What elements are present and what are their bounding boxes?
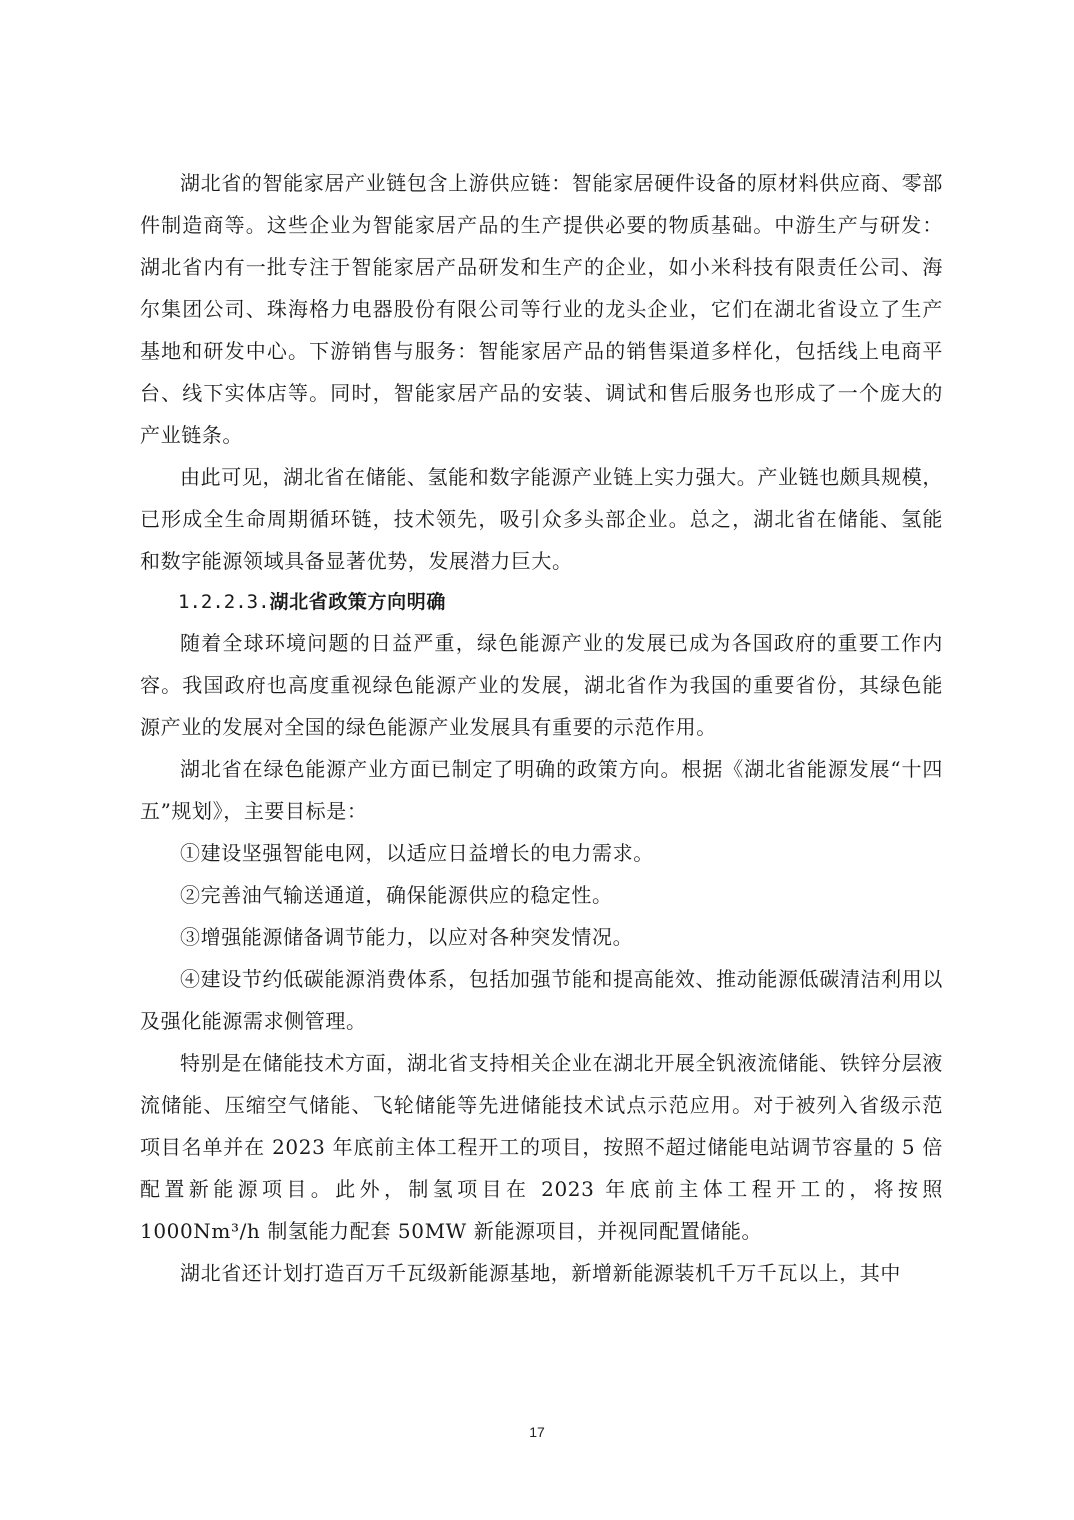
- paragraph-policy-direction: 湖北省在绿色能源产业方面已制定了明确的政策方向。根据《湖北省能源发展“十四五”规…: [140, 748, 943, 832]
- section-heading: 1.2.2.3.湖北省政策方向明确: [140, 582, 943, 622]
- paragraph-storage-tech: 特别是在储能技术方面，湖北省支持相关企业在湖北开展全钒液流储能、铁锌分层液流储能…: [140, 1042, 943, 1252]
- paragraph-new-energy-base: 湖北省还计划打造百万千瓦级新能源基地，新增新能源装机千万千瓦以上，其中: [140, 1252, 943, 1294]
- paragraph-summary: 由此可见，湖北省在储能、氢能和数字能源产业链上实力强大。产业链也颇具规模，已形成…: [140, 456, 943, 582]
- list-item-goal-1: ①建设坚强智能电网，以适应日益增长的电力需求。: [140, 832, 943, 874]
- paragraph-global-context: 随着全球环境问题的日益严重，绿色能源产业的发展已成为各国政府的重要工作内容。我国…: [140, 622, 943, 748]
- document-page: 湖北省的智能家居产业链包含上游供应链：智能家居硬件设备的原材料供应商、零部件制造…: [140, 162, 943, 1294]
- page-number: 17: [0, 1424, 1074, 1440]
- list-item-goal-4: ④建设节约低碳能源消费体系，包括加强节能和提高能效、推动能源低碳清洁利用以及强化…: [140, 958, 943, 1042]
- list-item-goal-3: ③增强能源储备调节能力，以应对各种突发情况。: [140, 916, 943, 958]
- paragraph-smart-home-chain: 湖北省的智能家居产业链包含上游供应链：智能家居硬件设备的原材料供应商、零部件制造…: [140, 162, 943, 456]
- section-title: 湖北省政策方向明确: [270, 591, 446, 613]
- list-item-goal-2: ②完善油气输送通道，确保能源供应的稳定性。: [140, 874, 943, 916]
- section-number: 1.2.2.3.: [178, 591, 270, 613]
